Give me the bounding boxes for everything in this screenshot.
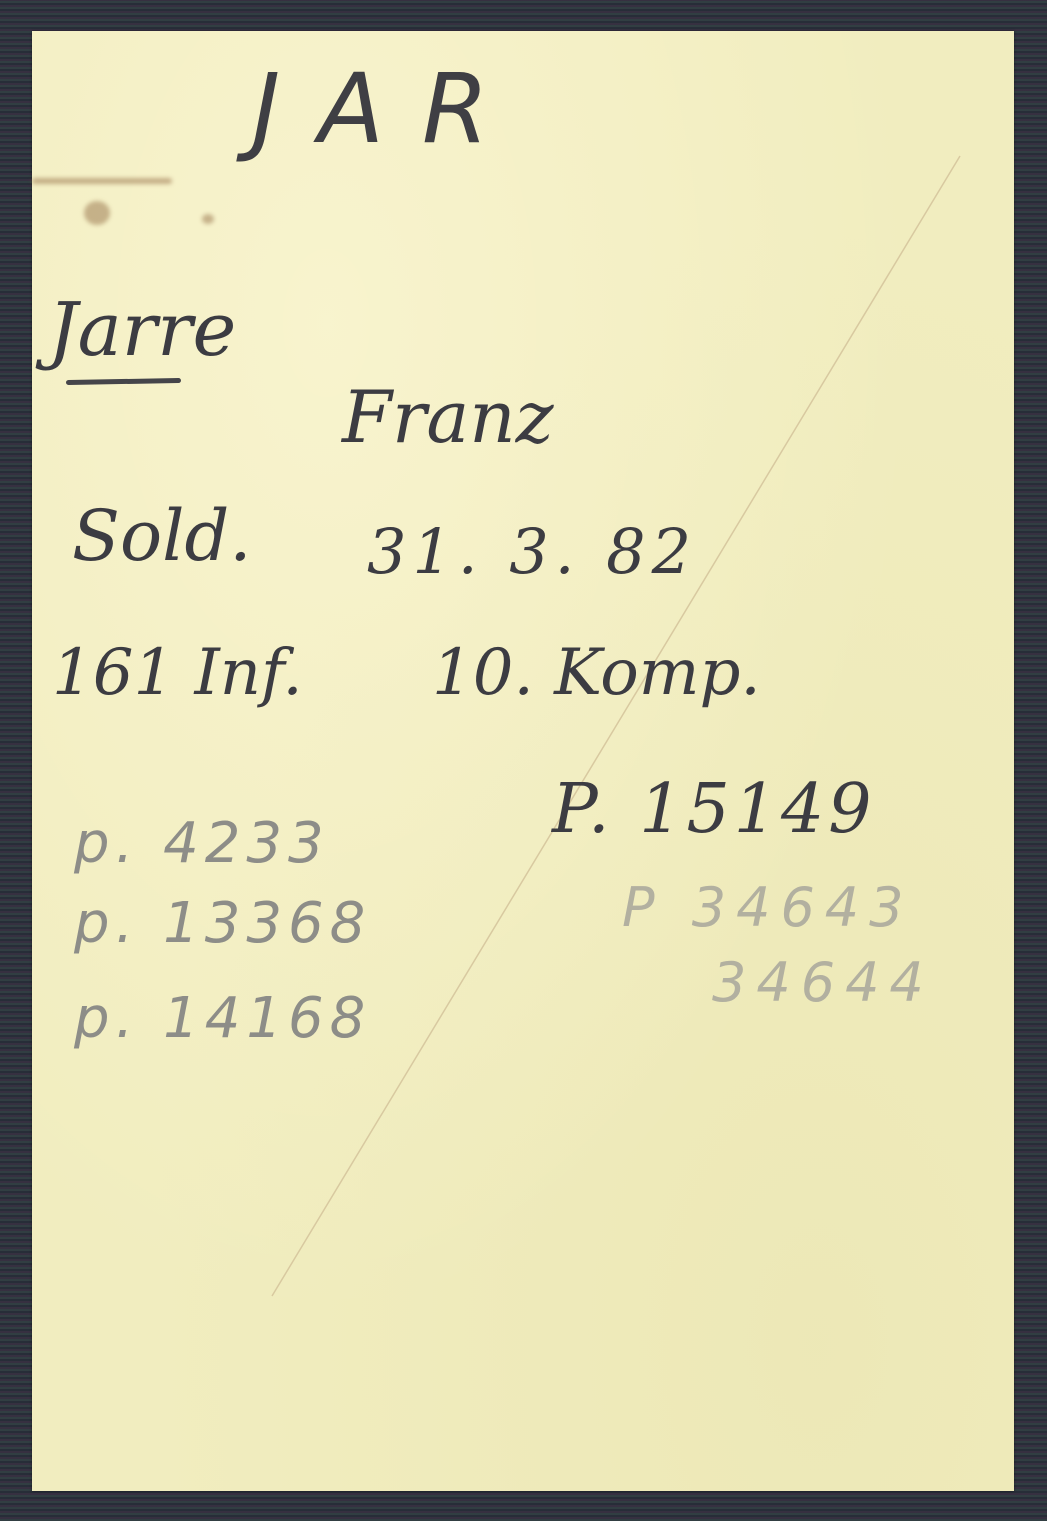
given-name: Franz: [342, 381, 554, 453]
rank: Sold.: [72, 501, 252, 571]
surname: Jarre: [48, 293, 236, 367]
left-reference-2: p. 13368: [74, 896, 371, 952]
right-reference-pencil-1: P 34643: [622, 881, 914, 935]
header-code: JAR: [252, 61, 527, 157]
right-reference-pencil-2: 34644: [712, 956, 934, 1010]
left-reference-1: p. 4233: [74, 816, 330, 872]
diagonal-fold-line: [32, 31, 1014, 1491]
regiment: 161 Inf.: [52, 641, 303, 705]
right-reference-ink: P. 15149: [552, 776, 876, 844]
left-reference-3: p. 14168: [74, 991, 371, 1047]
company: 10. Komp.: [432, 641, 761, 705]
index-card: JAR Jarre Franz Sold. 31. 3. 82 161 Inf.…: [32, 31, 1014, 1491]
birth-date: 31. 3. 82: [367, 521, 697, 583]
surname-underline: [66, 378, 181, 385]
ink-smudge-line: [32, 178, 172, 184]
ink-stain-small: [202, 214, 214, 224]
ink-stain: [84, 201, 110, 225]
